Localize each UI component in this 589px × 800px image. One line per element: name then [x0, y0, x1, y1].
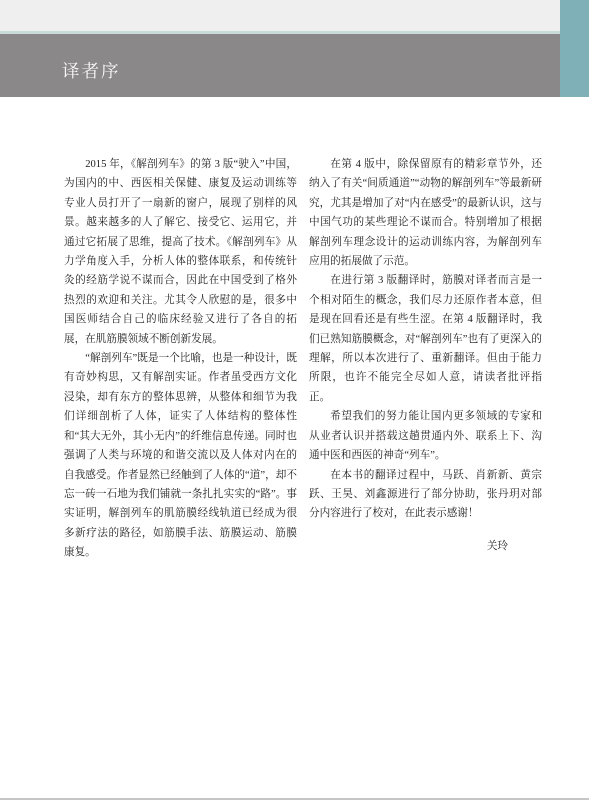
corner-accent-block: [560, 0, 589, 97]
signature-date: 2022 年 4 月: [554, 155, 589, 174]
translator-name: 关玲: [309, 537, 542, 556]
preface-paragraph: 在本书的翻译过程中，马跃、肖新新、黄宗跃、王昊、刘鑫源进行了部分协助，张丹玥对部…: [309, 466, 542, 524]
preface-paragraph: 2015 年，《解剖列车》的第 3 版“驶入”中国，为国内的中、西医相关保健、康…: [64, 155, 297, 349]
paragraph-container: 2015 年，《解剖列车》的第 3 版“驶入”中国，为国内的中、西医相关保健、康…: [64, 155, 542, 567]
book-page: 译者序 2015 年，《解剖列车》的第 3 版“驶入”中国，为国内的中、西医相关…: [0, 0, 589, 800]
preface-text-columns: 2015 年，《解剖列车》的第 3 版“驶入”中国，为国内的中、西医相关保健、康…: [64, 155, 542, 567]
preface-paragraph: 在第 4 版中，除保留原有的精彩章节外，还纳入了有关“间质通道”“动物的解剖列车…: [309, 155, 542, 271]
chapter-title: 译者序: [0, 49, 121, 83]
chapter-header: 译者序: [0, 34, 560, 97]
preface-paragraph: 希望我们的努力能让国内更多领域的专家和从业者认识并搭载这趟贯通内外、联系上下、沟…: [309, 407, 542, 465]
page-top-strip: [0, 0, 560, 31]
preface-paragraph: 在进行第 3 版翻译时，筋膜对译者而言是一个相对陌生的概念，我们尽力还原作者本意…: [309, 271, 542, 407]
preface-paragraph: “解剖列车”既是一个比喻，也是一种设计，既有奇妙构思，又有解剖实证。作者虽受西方…: [64, 349, 297, 562]
